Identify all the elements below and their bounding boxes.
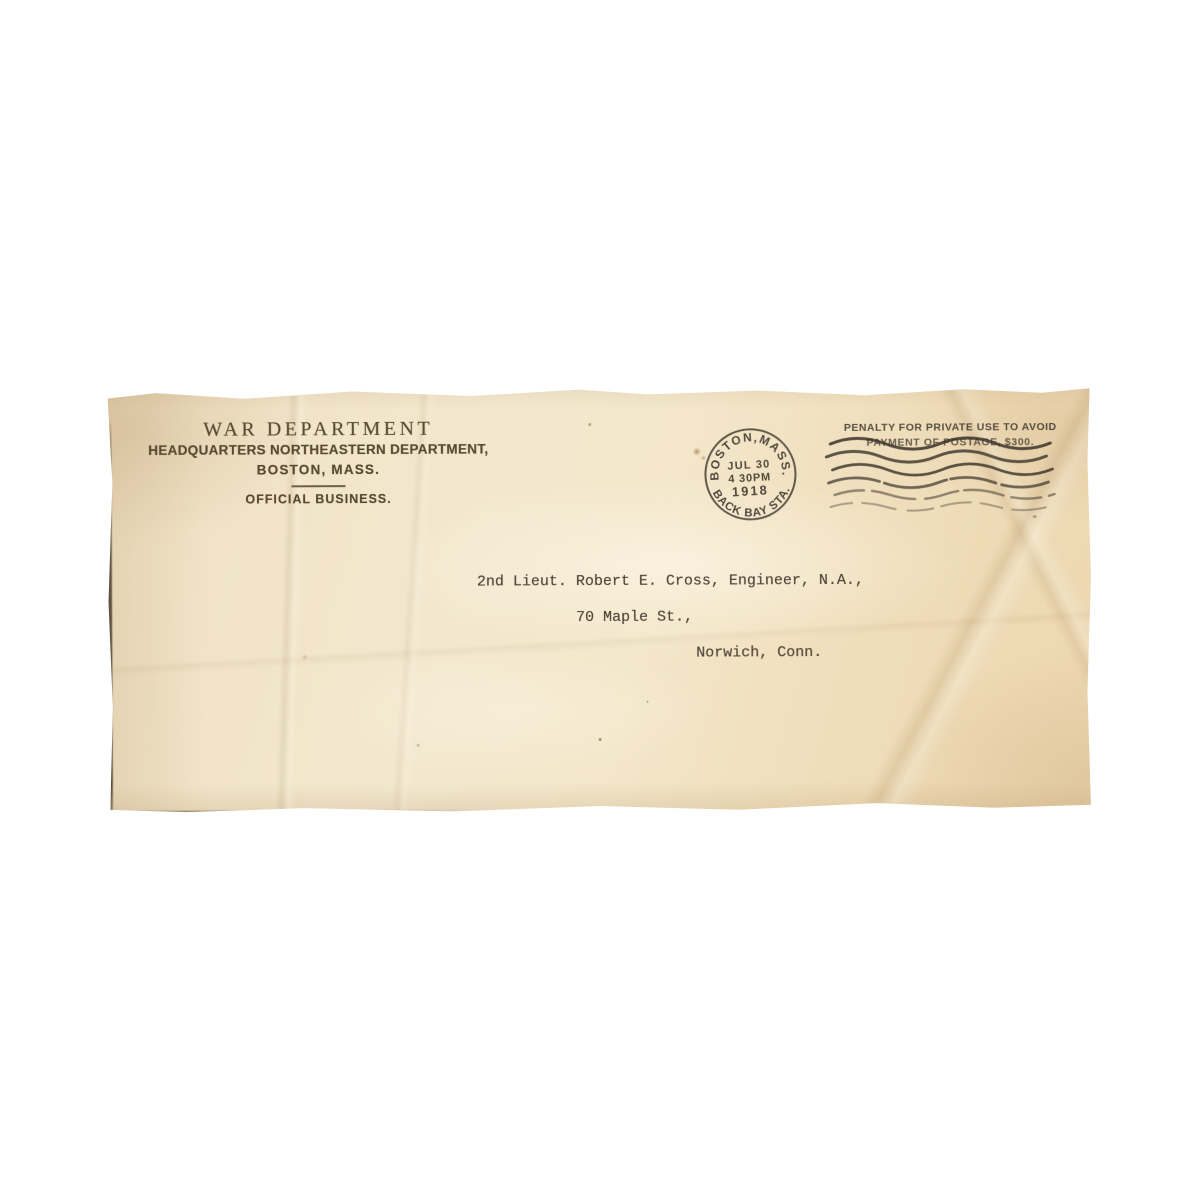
divider-rule xyxy=(291,485,345,487)
address-line-1: 2nd Lieut. Robert E. Cross, Engineer, N.… xyxy=(477,572,864,591)
stain-spot xyxy=(301,654,308,660)
postmark-year: 1918 xyxy=(732,482,770,499)
address-line-2: 70 Maple St., xyxy=(576,609,693,627)
postmark-stamp: BOSTON,MASS. BACK BAY STA. JUL 30 4 30PM… xyxy=(700,424,801,525)
envelope: WAR DEPARTMENT HEADQUARTERS NORTHEASTERN… xyxy=(106,385,1093,814)
address-line-3: Norwich, Conn. xyxy=(696,644,822,662)
recipient-address-block: 2nd Lieut. Robert E. Cross, Engineer, N.… xyxy=(477,571,997,673)
war-department-title: WAR DEPARTMENT xyxy=(126,417,510,441)
wavy-cancellation-lines xyxy=(824,439,1076,516)
envelope-left-edge-shadow xyxy=(107,423,113,814)
official-business-line: OFFICIAL BUSINESS. xyxy=(127,492,511,507)
return-address-corner-card: WAR DEPARTMENT HEADQUARTERS NORTHEASTERN… xyxy=(126,417,510,507)
stain-spot xyxy=(599,738,602,741)
envelope-bottom-edge-shadow xyxy=(111,810,485,815)
postmark-date: JUL 30 xyxy=(727,458,771,472)
stain-spot xyxy=(646,701,648,703)
boston-mass-line: BOSTON, MASS. xyxy=(126,462,510,477)
stain-spot xyxy=(1033,515,1037,518)
headquarters-line: HEADQUARTERS NORTHEASTERN DEPARTMENT, xyxy=(126,442,510,458)
photo-background: WAR DEPARTMENT HEADQUARTERS NORTHEASTERN… xyxy=(0,0,1200,1200)
stain-spot xyxy=(588,423,591,426)
penalty-line-1: PENALTY FOR PRIVATE USE TO AVOID xyxy=(810,421,1090,434)
stain-spot xyxy=(417,744,420,747)
